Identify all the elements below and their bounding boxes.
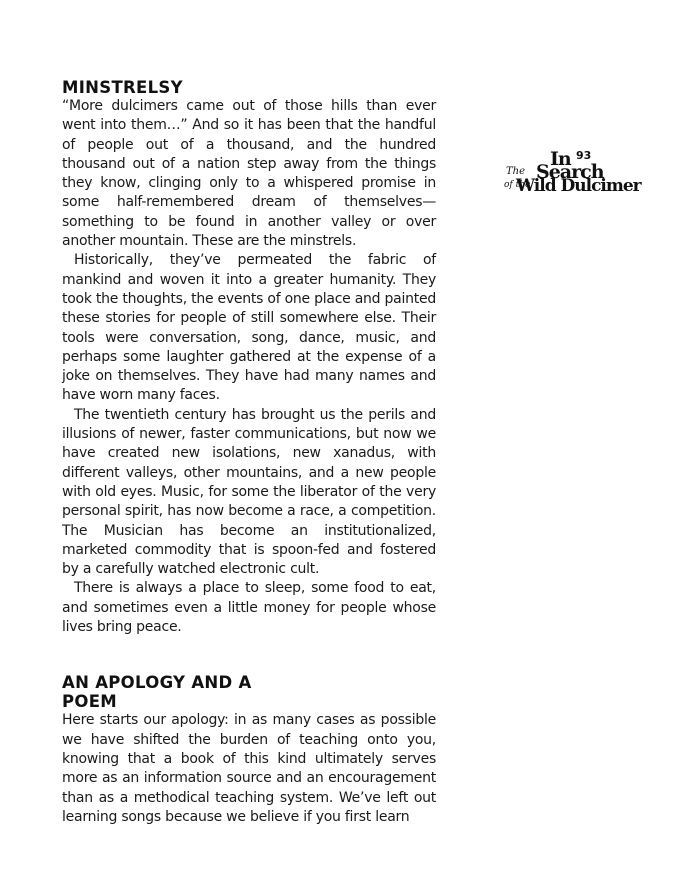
section-minstrelsy: MINSTRELSY “More dulcimers came out of t… (62, 78, 436, 637)
paragraph: “More dulcimers came out of those hills … (62, 97, 436, 251)
paragraph: Historically, they’ve permeated the fabr… (62, 251, 436, 405)
section-heading: AN APOLOGY AND A POEM (62, 673, 436, 711)
header-title-wild-dulcimer: Wild Dulcimer (516, 177, 641, 195)
section-apology-and-poem: AN APOLOGY AND A POEM Here starts our ap… (62, 673, 436, 827)
paragraph: There is always a place to sleep, some f… (62, 579, 436, 637)
section-heading: MINSTRELSY (62, 78, 436, 97)
text-column: MINSTRELSY “More dulcimers came out of t… (62, 78, 436, 827)
section-heading-line: AN APOLOGY AND A (62, 673, 252, 692)
paragraph: Here starts our apology: in as many case… (62, 711, 436, 827)
running-header-logo: In 93 The Search of the Wild Dulcimer (506, 150, 656, 200)
paragraph: The twentieth century has brought us the… (62, 406, 436, 580)
section-heading-line: POEM (62, 692, 117, 711)
